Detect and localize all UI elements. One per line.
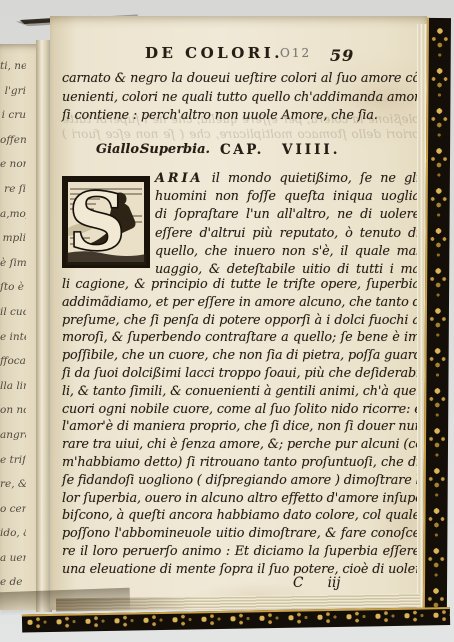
text-line: quello, che inuero non s'è, il quale mal [155,243,420,261]
verso-fragment-line: il cuo [0,300,26,325]
page-number: 59 [330,46,354,65]
verso-fragment-line: re ſi [0,177,26,202]
dropcap-woodcut-initial: S [62,176,150,268]
verso-fragment-line: a uera [0,546,26,571]
text-line: di ſopraſtare l'un all'altro, ne di uole… [155,206,420,224]
running-header: DE COLORI. O12 59 [62,44,420,64]
gilt-binding-right [423,18,451,622]
text-line: lor ſuperbia, ouero in alcuno altro effe… [62,490,420,508]
dropcap-letter: S [69,177,125,268]
heading-chapter-number: VIIII. [282,142,340,158]
verso-fragment-line: ffocato [0,349,26,374]
verso-fragment-line: ſto è il [0,275,26,300]
text-line: l'amor'è di maniera proprio, che ſi dice… [62,418,420,436]
text-line: eſſere d'altrui più reputato, ò tenuto d… [155,225,420,243]
verso-fragment-line: angra [0,423,26,448]
verso-fragment-line: ti, ne [0,54,26,79]
verso-fragment-line: lla lin [0,374,26,399]
text-line: uenienti, colori ne quali tutto quello c… [62,89,420,108]
showthrough-line: pleßione la colera, per eſſere quella, c… [62,112,420,127]
text-line: carnato & negro la doueui ueſtire colori… [62,70,420,89]
verso-fragment-line: re, & [0,472,26,497]
signature-numeral: iij [328,575,341,591]
text-line: ſi da ſuoi dolcißimi lacci troppo ſoaui,… [62,365,420,383]
text-line: addimãdiamo, et per eſſere in amore alcu… [62,294,420,312]
running-header-showthrough: O12 [280,46,311,60]
text-line: li, & tanto ſimili, & conuenienti à gent… [62,383,420,401]
verso-fragment-line: l'gri [0,79,26,104]
text-line: ſe fidandoſi uogliono ( diſpregiando amo… [62,472,420,490]
verso-fragment-line: mpli [0,226,26,251]
text-line: huomini non foſſe queſta iniqua uoglia [155,188,420,206]
text-line: poſſono l'abbomineuole uitio dimoſtrare,… [62,525,420,543]
text-line: rare tra uiui, chi è ſenza amore, &; per… [62,436,420,454]
showthrough-line: priori dello ſtomaco moltiplicare, che (… [62,127,420,142]
verso-fragment-line: a,moſ [0,202,26,227]
recto-page: DE COLORI. O12 59 carnato & negro la dou… [50,16,427,610]
text-line: re il loro peruerſo animo : Et diciamo l… [62,543,420,561]
chapter-heading: Giallo. Superbia. CAP. VIIII. [50,142,427,160]
verso-fragment-line: e inter [0,325,26,350]
verso-fragment-line: on non [0,398,26,423]
text-line: ARIA il mondo quietißimo, ſe ne gli [155,170,420,188]
verso-fragment-line: offen [0,128,26,153]
verso-fragment-line: ido, & [0,521,26,546]
book-photograph: ti, nel'grii cruoffene nonre ſia,moſmpli… [0,0,454,642]
text-line: li cagione, & principio di tutte le triſ… [62,276,420,294]
verso-fragment-line: e triſta [0,448,26,473]
body-paragraph: li cagione, & principio di tutte le triſ… [62,276,420,579]
text-line: preſume, che ſi penſa di potere opporſi … [62,312,420,330]
verso-fragment-line: e non [0,152,26,177]
dropcap-paragraph: ARIA il mondo quietißimo, ſe ne gli huom… [155,170,420,279]
heading-superbia: Superbia. [140,142,210,157]
heading-giallo: Giallo. [96,142,143,157]
verso-fragment-line: è ſim [0,251,26,276]
text-line: m'habbiamo detto) ſi ritrouano tanto pro… [62,454,420,472]
incipit-rest: il mondo quietißimo, ſe ne gli [212,171,420,186]
dropcap-paragraph-lines: huomini non foſſe queſta iniqua uogliadi… [155,188,420,279]
verso-fragment-line: o certo [0,497,26,522]
signature-letter: C [293,575,303,591]
text-line: poſſibile, che un cuore, che non ſia di … [62,347,420,365]
showthrough-text: pleßione la colera, per eſſere quella, c… [62,112,420,142]
text-line: biſcono, à queſti ancora habbiamo dato c… [62,507,420,525]
heading-cap: CAP. [220,142,264,158]
text-line: cuori ogni nobile cuore, come al ſuo ſol… [62,401,420,419]
incipit-caps: ARIA [155,171,203,186]
verso-text-fragments: ti, nel'grii cruoffene nonre ſia,moſmpli… [0,54,26,595]
running-header-title: DE COLORI. [145,44,283,62]
text-line: moroſi, & ſuperbendo contraſtare a quell… [62,329,420,347]
verso-fragment-line: i cru [0,103,26,128]
verso-page-edge: ti, nel'grii cruoffene nonre ſia,moſmpli… [0,44,38,610]
